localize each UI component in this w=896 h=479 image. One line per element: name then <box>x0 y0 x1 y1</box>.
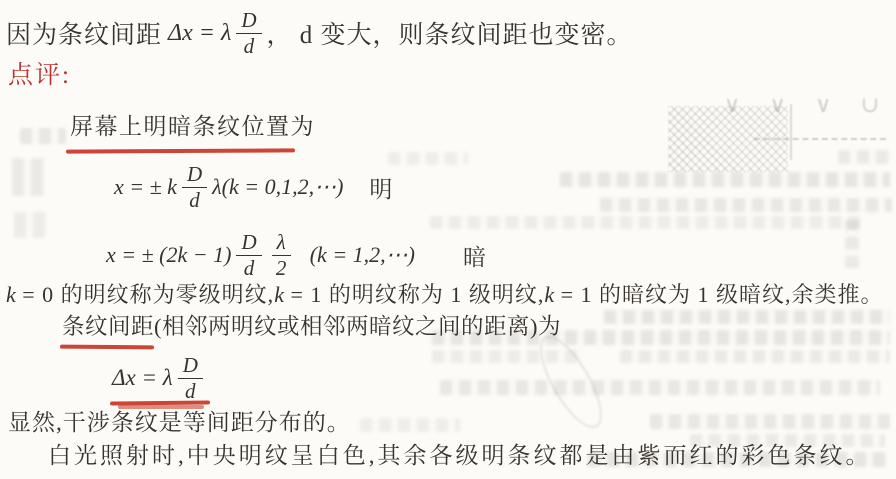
conclusion-sentence: 显然,干涉条纹是等间距分布的。 <box>8 410 351 436</box>
white-light-sentence: 白光照射时,中央明纹呈白色,其余各级明条纹都是由紫而红的彩色条纹。 <box>48 443 872 469</box>
formula-rhs: (k = 1,2,⋯) <box>310 242 415 268</box>
red-underline-heading <box>66 148 295 153</box>
fraction-numerator: D <box>236 10 261 34</box>
bleedthrough-text-smudge <box>560 172 890 187</box>
bleedthrough-text-smudge <box>604 310 890 324</box>
bleedthrough-text-smudge <box>20 128 66 144</box>
orders-seg: = 0 的明纹称为零级明纹, <box>16 282 274 307</box>
fraction-denominator: d <box>244 256 255 279</box>
bleedthrough-text-smudge <box>430 216 860 229</box>
intro-fraction: D d <box>236 10 261 57</box>
fraction-numerator: D <box>182 164 207 188</box>
bleedthrough-dashed-line <box>754 138 886 140</box>
fraction-denominator: d <box>244 34 255 57</box>
bleedthrough-text-smudge <box>360 418 460 432</box>
fraction-numerator: λ <box>272 232 291 256</box>
bleedthrough-text-smudge <box>845 220 859 268</box>
fraction-denominator: d <box>189 188 200 211</box>
red-underline-spacing-term <box>60 345 154 349</box>
orders-seg: k <box>544 282 554 307</box>
formula-fraction-Dd: D d <box>236 232 261 279</box>
bleedthrough-text-smudge <box>14 212 48 238</box>
bleedthrough-text-smudge <box>838 150 890 164</box>
bleedthrough-text-smudge <box>620 350 890 363</box>
bleedthrough-text-smudge <box>12 158 46 196</box>
formula-spacing: Δx = λ D d <box>112 352 208 404</box>
fraction-numerator: D <box>178 355 203 379</box>
intro-math: Δx = λ <box>168 20 231 47</box>
scanned-document-page: ∨ ∨ ∨ ∪ 因为条纹间距 Δx = λ D d ， d 变大，则条纹间距也变… <box>0 0 896 479</box>
intro-sentence: 因为条纹间距 Δx = λ D d ， d 变大，则条纹间距也变密。 <box>6 4 633 62</box>
fraction-denominator: 2 <box>276 256 287 279</box>
bleedthrough-text-smudge <box>440 380 880 395</box>
intro-prefix: 因为条纹间距 <box>6 15 162 51</box>
formula-lhs: x = ± k <box>114 174 177 200</box>
orders-seg: = 1 的明纹称为 1 级明纹, <box>284 282 544 307</box>
fraction-denominator: d <box>185 379 196 402</box>
bright-tag: 明 <box>369 171 393 204</box>
bleedthrough-vertical-line <box>790 104 792 160</box>
fraction-numerator: D <box>236 232 261 256</box>
formula-rhs: λ(k = 0,1,2,⋯) <box>212 174 343 200</box>
comment-label: 点评: <box>8 62 71 91</box>
formula-dark-fringe: x = ± (2k − 1) D d λ 2 (k = 1,2,⋯) 暗 <box>106 226 487 284</box>
formula-fraction-lambda2: λ 2 <box>272 232 291 279</box>
formula-bright-fringe: x = ± k D d λ(k = 0,1,2,⋯) 明 <box>114 158 393 216</box>
orders-paragraph: k = 0 的明纹称为零级明纹,k = 1 的明纹称为 1 级明纹,k = 1 … <box>6 282 884 307</box>
formula-lhs: Δx = λ <box>112 365 173 391</box>
review-heading: 屏幕上明暗条纹位置为 <box>70 114 315 140</box>
bleedthrough-text-smudge <box>650 414 890 429</box>
bleedthrough-text-smudge <box>388 152 468 165</box>
spacing-sentence: 条纹间距(相邻两明纹或相邻两暗纹之间的距离)为 <box>62 314 561 340</box>
orders-seg: k <box>274 282 284 307</box>
orders-seg: = 1 的暗纹为 1 级暗纹,余类推。 <box>554 282 883 307</box>
red-underline-formula-stroke2 <box>118 405 204 409</box>
formula-lhs: x = ± (2k − 1) <box>106 242 231 268</box>
formula-fraction: D d <box>178 355 203 402</box>
formula-fraction: D d <box>182 164 207 211</box>
intro-suffix: ， d 变大，则条纹间距也变密。 <box>267 15 633 51</box>
dark-tag: 暗 <box>463 239 487 272</box>
orders-seg: k <box>6 282 16 307</box>
bleedthrough-text-smudge <box>600 198 892 212</box>
bleedthrough-wave-marks: ∨ ∨ ∨ ∪ <box>724 92 891 118</box>
